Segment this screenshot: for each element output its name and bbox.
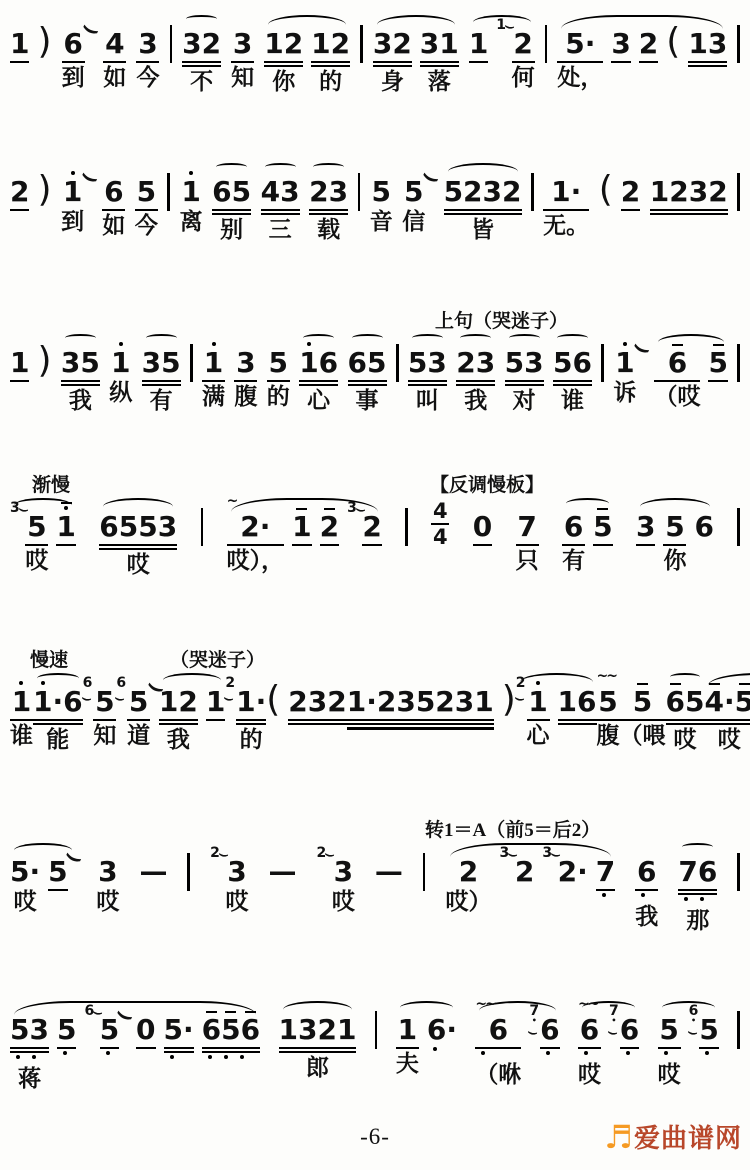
lyric-text: 处， (557, 64, 603, 94)
note-token: 5音 (370, 162, 393, 238)
note-digits: 2 (515, 842, 534, 887)
note-digits: 656 (202, 1000, 260, 1045)
beam-underlines (473, 542, 492, 546)
note-main: 3今 (136, 14, 159, 94)
beam-underlines (261, 207, 300, 215)
note-token: 53对 (505, 333, 544, 417)
note-digit: 0 (473, 497, 492, 542)
lyric-text (574, 726, 580, 756)
slur-group: 76那 (678, 842, 717, 937)
note-token: 1夫 (396, 1000, 419, 1080)
barline (358, 173, 361, 211)
lyric-text (228, 1065, 234, 1095)
note-token: 4·5哎 (704, 672, 750, 756)
beam-line (516, 544, 539, 546)
note-token: 65事 (348, 333, 387, 417)
slur-group: 32身31落 (373, 14, 459, 98)
note-digit: 6 (63, 672, 82, 717)
octave-dot-below (208, 1055, 212, 1059)
digit-glyph: 3 (280, 177, 299, 207)
digit-glyph: 3 (61, 348, 80, 378)
trill-mark: ~~ (597, 669, 616, 683)
lyric-text (280, 888, 286, 918)
digit-glyph: · (366, 687, 377, 717)
note-digits: 5 (404, 162, 423, 207)
note-digit: 3 (227, 842, 246, 887)
note-digits: 1 (10, 333, 29, 378)
digit-glyph: 1 (615, 348, 634, 378)
digit-glyph: 6 (489, 1015, 508, 1045)
digit-glyph: 2 (459, 857, 478, 887)
note-token: 43三 (261, 162, 300, 246)
beam-line (99, 544, 177, 546)
beam-underlines (182, 59, 221, 67)
note-main: 5的 (267, 333, 290, 413)
note-digits: — (139, 842, 167, 887)
digit-glyph: 1 (12, 687, 31, 717)
note-digits: 2 (10, 162, 29, 207)
note-digit: 6 (99, 497, 118, 542)
beam-underlines (267, 378, 290, 382)
note-main: 2 (320, 497, 339, 577)
digit-glyph: 6 (698, 857, 717, 887)
note-digit: 5 (129, 672, 148, 717)
lyric-text: 哎 (127, 551, 150, 581)
barline (737, 508, 740, 546)
note-digit: 2 (669, 162, 688, 207)
note-digit: 1 (63, 162, 82, 207)
lyric-text (55, 892, 61, 922)
lyric-text (369, 547, 375, 577)
lyric-text (618, 64, 624, 94)
beam-line (597, 719, 620, 721)
note-token: 21·的 (225, 672, 266, 756)
beam-line (33, 719, 83, 721)
note-digit: 3 (61, 333, 80, 378)
lyric-text: （喂 (620, 722, 666, 752)
trill-mark: ~~ (578, 997, 597, 1011)
below-dot-cell (427, 1045, 443, 1056)
beam-underlines (202, 1045, 260, 1053)
barline (187, 853, 190, 891)
note-digits: 3 (98, 842, 117, 887)
note-digits: 2· (558, 842, 588, 887)
note-digit: 3 (98, 842, 117, 887)
beam-underlines (688, 59, 727, 67)
slur-group: 35哎1 (10, 497, 76, 577)
below-dot-cell (658, 1049, 674, 1060)
digit-glyph: 5 (100, 1015, 119, 1045)
lyric-text: 的 (240, 726, 263, 756)
beam-line (663, 544, 686, 546)
note-digits: 5 (699, 1000, 718, 1045)
note-digits: 5 (659, 1000, 678, 1045)
beam-line (234, 380, 257, 382)
octave-dot-below (433, 1047, 437, 1051)
note-digit: 3 (158, 497, 177, 542)
note-main: — (268, 842, 296, 918)
below-dot-cell (620, 1049, 636, 1060)
note-main: 13 (688, 14, 727, 98)
note-digits: 5 (633, 672, 652, 717)
note-token: 1谁 (10, 672, 33, 752)
note-main: 6553哎 (99, 497, 177, 581)
note-token: 6到) (62, 14, 94, 94)
note-group: 1 ) (10, 333, 52, 413)
lyric-text: 我 (464, 387, 487, 417)
digit-glyph: 1 (10, 29, 29, 59)
note-digit: 2 (502, 162, 521, 207)
lyric-text (326, 547, 332, 577)
note-digits: 65 (348, 333, 387, 378)
slur-group: 23我 (456, 333, 495, 417)
digit-glyph: 5 (161, 348, 180, 378)
digit-glyph: 2 (10, 177, 29, 207)
note-token: 1离 (180, 162, 203, 238)
beam-underlines (234, 378, 257, 382)
beam-underlines (311, 59, 350, 67)
parenthesis: ) (37, 171, 51, 209)
digit-glyph: 6 (63, 29, 82, 59)
note-digits: 1 (292, 497, 311, 542)
beam-underlines (48, 887, 67, 891)
octave-dot-below (705, 1051, 709, 1055)
octave-dot-below (240, 1055, 244, 1059)
note-digit: 6 (637, 842, 656, 887)
note-digits: 12 (159, 672, 198, 717)
digit-glyph: 2 (456, 348, 475, 378)
digit-glyph: · (183, 1015, 194, 1045)
note-digit: 4 (261, 162, 280, 207)
beam-line (704, 719, 750, 721)
digit-glyph: 6 (319, 348, 338, 378)
lyric-text: 哎 (658, 1061, 681, 1091)
octave-dot-below (481, 1051, 485, 1055)
beam-line (708, 380, 727, 382)
beam-underlines (373, 59, 412, 67)
note-digit: 5 (161, 333, 180, 378)
octave-dots-below (699, 1049, 718, 1060)
note-digit: 6 (577, 672, 596, 717)
note-digits: 2· (240, 497, 270, 542)
below-dot-cell (218, 1053, 234, 1064)
lyric-text: 载 (317, 216, 340, 246)
digit-glyph: 2 (178, 687, 197, 717)
note-main: 1心 (527, 672, 550, 752)
note-main: 6如 (102, 162, 125, 242)
beam-line (99, 548, 177, 550)
digit-glyph: 2 (327, 687, 346, 717)
digit-glyph: 4 (704, 687, 723, 717)
digit-glyph: 6 (212, 177, 231, 207)
barline (201, 508, 204, 546)
note-digit: 5 (685, 672, 704, 717)
note-token: ~2·哎）， (227, 497, 285, 577)
lyric-text (439, 1057, 445, 1087)
beam-underlines (99, 542, 177, 550)
note-token: 7 (596, 842, 615, 933)
system-labels: 转1＝A（前5＝后2） (10, 815, 740, 842)
note-digit: 3 (396, 672, 415, 717)
note-token: 65别 (212, 162, 251, 246)
octave-dot-below (641, 893, 645, 897)
barline (601, 344, 604, 382)
digit-glyph: 1 (299, 348, 318, 378)
lyric-text: 哎 (578, 1061, 601, 1091)
note-main: 35有 (142, 333, 181, 417)
digit-glyph: 3 (636, 512, 655, 542)
note-digit: 5 (404, 162, 423, 207)
digit-glyph: 5 (659, 1015, 678, 1045)
note-digits: 35 (142, 333, 181, 378)
note-digit: 1 (558, 672, 577, 717)
grace-octave-dot: • (529, 1018, 539, 1024)
digit-glyph: 3 (233, 29, 252, 59)
note-digit: 2 (621, 162, 640, 207)
lyric-text (706, 1061, 712, 1091)
tempo-label: 【反调慢板】 (430, 470, 544, 497)
note-digits: 1 (204, 333, 223, 378)
below-dot-cell (26, 1053, 42, 1064)
note-token: 3 (611, 14, 630, 94)
note-digit: 3 (298, 1000, 317, 1045)
note-main: 2 (515, 842, 534, 918)
note-main: 12我 (159, 672, 198, 756)
note-main: 5哎 (658, 1000, 681, 1091)
music-system-2: 2 )1到)6如5今1离65别43三23载5音5信)5232皆1·无。(2 12… (10, 162, 740, 246)
note-digits: 1 (63, 162, 82, 207)
beam-underlines (678, 887, 717, 895)
note-digit: 2 (309, 162, 328, 207)
slur-group: 5232皆 (444, 162, 522, 246)
note-digits: 1321 (279, 1000, 357, 1045)
note-main: 0 (473, 497, 492, 577)
grace-note: 6 (116, 676, 126, 706)
digit-glyph: 5 (48, 857, 67, 887)
note-token: 7只 (516, 497, 539, 577)
beam-underlines (420, 59, 459, 67)
note-digits: 5 (95, 672, 114, 717)
beam-underlines (704, 717, 750, 725)
note-digits: 6 (694, 497, 713, 542)
beam-underlines (636, 542, 655, 546)
note-main: 1321郎 (279, 1000, 357, 1084)
note-token: 6 (694, 497, 713, 573)
time-sig-top: 4 (433, 501, 448, 521)
note-digit: 1 (469, 14, 488, 59)
note-digit: 2 (435, 672, 454, 717)
beam-line (309, 213, 348, 215)
octave-dots-below (100, 1049, 119, 1060)
note-digit: 1 (337, 1000, 356, 1045)
digit-glyph: · (52, 687, 63, 717)
lyric-text: （哎 (654, 383, 700, 413)
note-digits: 53 (505, 333, 544, 378)
beam-line (61, 384, 100, 386)
octave-dash-above (61, 502, 72, 504)
note-token: 6如 (102, 162, 125, 242)
digit-glyph: 5 (27, 512, 46, 542)
lyric-text: 叫 (416, 387, 439, 417)
note-digits: 3 (611, 14, 630, 59)
note-digit: 7 (678, 842, 697, 887)
note-main: 6我 (635, 842, 658, 933)
beam-underlines (654, 378, 700, 382)
trill-mark: ~~ (475, 997, 494, 1011)
note-digit: · (260, 497, 271, 542)
digit-glyph: 0 (136, 1015, 155, 1045)
note-digit: 2 (513, 14, 532, 59)
beam-line (611, 61, 630, 63)
beam-underlines (25, 542, 48, 546)
digit-glyph: 2 (708, 177, 727, 207)
octave-dot-below (106, 1051, 110, 1055)
note-digit: 3 (138, 14, 157, 59)
note-main: 53叫 (408, 333, 447, 417)
note-token: 31落 (420, 14, 459, 98)
lyric-text: 哎 (332, 888, 355, 918)
digit-glyph: 1 (111, 348, 130, 378)
note-digits: 6 (63, 14, 82, 59)
beam-line (236, 723, 266, 725)
note-token: 1321郎 (279, 1000, 357, 1084)
note-digit: 5 (416, 672, 435, 717)
note-token: 4如 (103, 14, 126, 94)
beam-line (288, 723, 346, 725)
barline (167, 173, 170, 211)
note-main: 6 (694, 497, 713, 573)
lyric-text (107, 1061, 113, 1091)
beam-underlines (10, 717, 33, 721)
barline (375, 1011, 378, 1049)
lyric-text: 有 (562, 547, 585, 577)
beam-line (553, 384, 592, 386)
digit-glyph: 5 (10, 1015, 29, 1045)
note-digit: 3 (420, 14, 439, 59)
beam-line (267, 380, 290, 382)
tempo-label: 慢速 (30, 645, 68, 672)
note-digit: 3 (611, 14, 630, 59)
note-token: 56谁 (553, 333, 592, 417)
notes-row: 1谁1·6能65知65道)12我1 21·的(232 1·235231 )21心… (10, 672, 740, 761)
note-digit: 2 (708, 162, 727, 207)
digit-glyph: 3 (334, 857, 353, 887)
note-token: 3今 (136, 14, 159, 94)
note-main: 6 (620, 1000, 639, 1091)
score-page: 1 )6到)4如3今32不3知12你12的32身31落1 12何5·处，3 2 … (0, 0, 750, 1170)
note-digit: 6 (698, 842, 717, 887)
note-main: 3 (611, 14, 630, 94)
note-token: 1满 (202, 333, 225, 413)
note-token: 5的 (267, 333, 290, 413)
beam-underlines (408, 378, 447, 386)
note-token: 3腹 (234, 333, 257, 413)
note-main: 2 (362, 497, 381, 577)
note-digit: 2 (317, 1000, 336, 1045)
note-digit: 3 (308, 672, 327, 717)
beam-underlines (164, 1045, 194, 1053)
note-main: 5知 (93, 672, 116, 752)
lyric-text: 身 (381, 68, 404, 98)
barline (737, 853, 740, 891)
lyric-text: 今 (135, 212, 158, 242)
beam-line (292, 544, 311, 546)
beam-underlines (212, 207, 251, 215)
beam-line (543, 209, 589, 211)
lyric-text: 我 (167, 726, 190, 756)
music-note-icon: ♬ (604, 1120, 633, 1154)
digit-glyph: 6 (637, 857, 656, 887)
beam-line (444, 209, 522, 211)
grace-note: 6 (83, 676, 93, 706)
lyric-text (213, 722, 219, 752)
note-digits: 2 (621, 162, 640, 207)
note-main: 1·的 (236, 672, 266, 756)
note-digits: 5 (371, 162, 390, 207)
digit-glyph: 1 (63, 177, 82, 207)
note-token: 32 (500, 842, 535, 918)
note-digit: 3 (236, 333, 255, 378)
digit-glyph: 6 (540, 1015, 559, 1045)
note-digit: 1 (650, 162, 669, 207)
lyric-text: 哎 (674, 726, 697, 756)
rest-token: 0 (136, 1000, 155, 1080)
grace-note: 6 (84, 1004, 98, 1020)
below-dot-cell (578, 1049, 594, 1060)
note-group: 2 ) (10, 162, 52, 242)
beam-line (373, 61, 412, 63)
lyric-text: 音 (370, 208, 393, 238)
lyric-text: 的 (267, 383, 290, 413)
note-digits: 1 (206, 672, 225, 717)
digit-glyph: 5 (593, 512, 612, 542)
note-digits: 1·235231 (347, 672, 494, 717)
beam-line (456, 380, 495, 382)
digit-glyph: 7 (596, 857, 615, 887)
beam-underlines (127, 717, 150, 721)
note-main: ~~5腹 (597, 672, 620, 752)
note-token: ~~6哎 (578, 1000, 601, 1091)
note-token: 65 ) (84, 1000, 128, 1091)
note-main: 1 (10, 333, 29, 413)
digit-glyph: 2 (202, 29, 221, 59)
digit-glyph: 3 (158, 512, 177, 542)
lyric-text: 事 (356, 387, 379, 417)
note-digit: 1 (264, 14, 283, 59)
beam-underlines (562, 542, 585, 546)
note-digits: 1·6 (33, 672, 83, 717)
digit-glyph: 1 (469, 29, 488, 59)
music-system-6: 转1＝A（前5＝后2）5·哎5 )3哎— 23哎— 23哎— 2哎）32 32·… (10, 815, 740, 937)
beam-line (666, 719, 705, 721)
digit-glyph: 5 (735, 687, 750, 717)
lyric-text: 信 (402, 208, 425, 238)
grace-note: 1 (496, 18, 510, 34)
note-main: 3哎 (96, 842, 119, 918)
beam-line (396, 1047, 419, 1049)
digit-glyph: 1 (206, 687, 225, 717)
note-token: 5今 (135, 162, 158, 242)
note-token: 5· (164, 1000, 194, 1095)
lyric-text: 那 (686, 907, 709, 937)
digit-glyph: 3 (182, 29, 201, 59)
note-main: 53对 (505, 333, 544, 417)
note-main: 1满 (202, 333, 225, 413)
note-digit: · (724, 672, 735, 717)
note-digit: 1 (347, 672, 366, 717)
beam-underlines (202, 378, 225, 382)
digit-glyph: 2 (463, 177, 482, 207)
